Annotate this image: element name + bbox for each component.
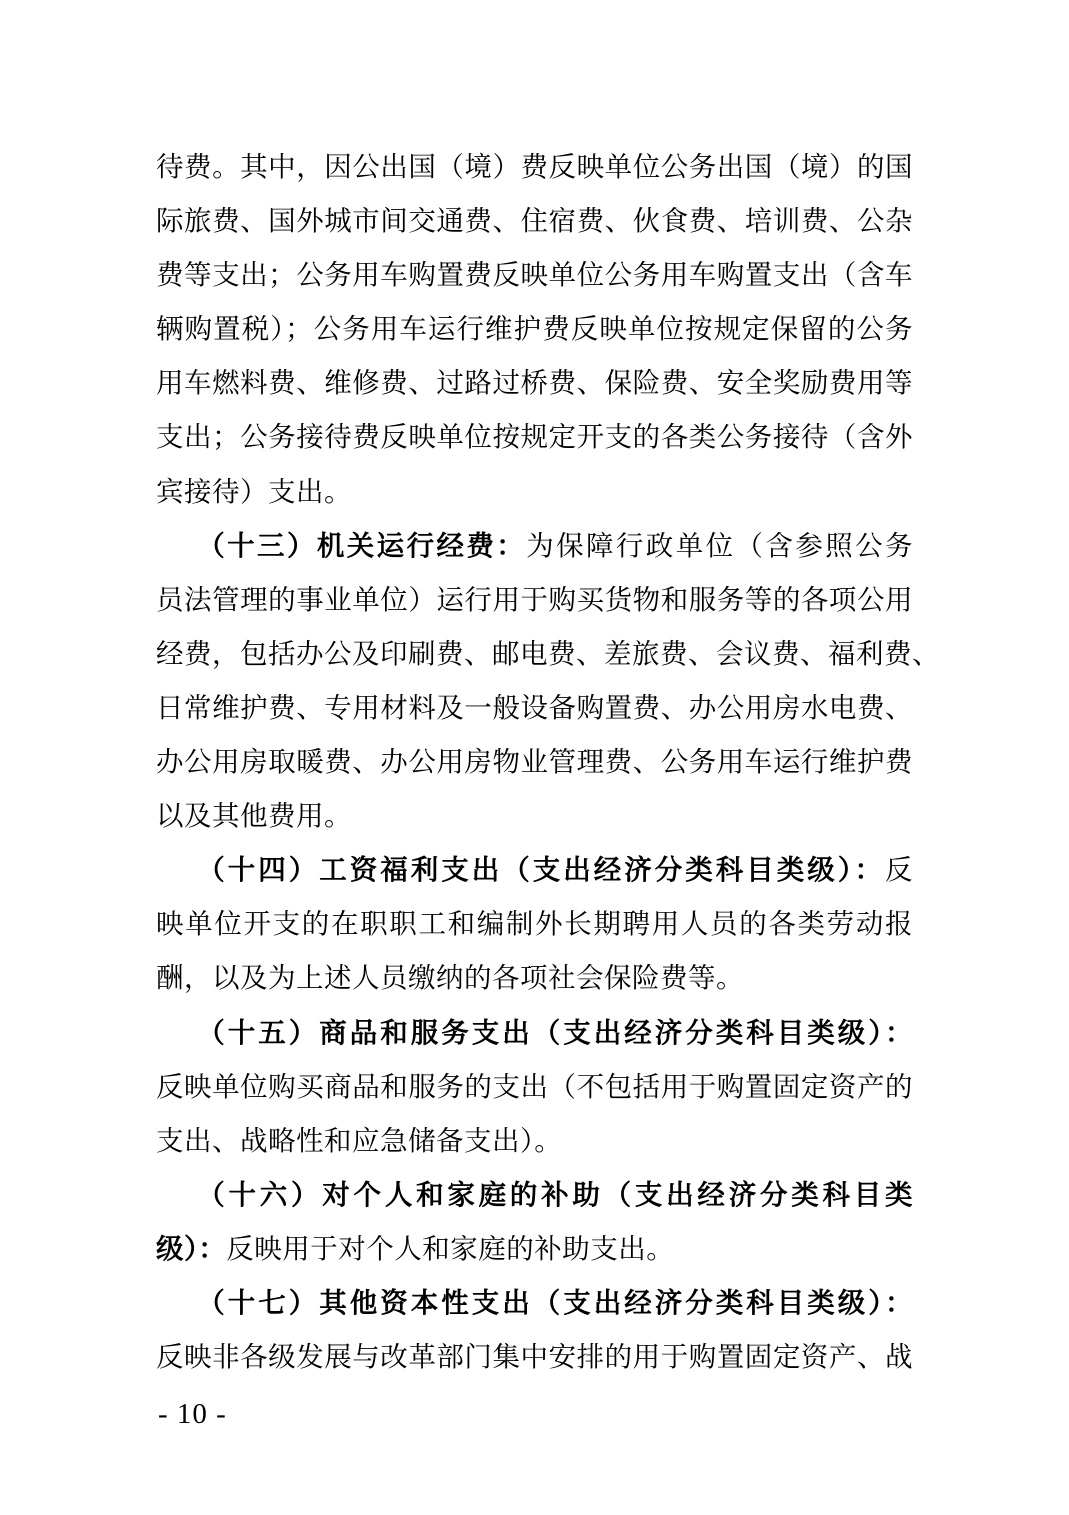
line-text: 支出；公务接待费反映单位按规定开支的各类公务接待（含外 [156,421,913,452]
text-line: 待费。其中，因公出国（境）费反映单位公务出国（境）的国 [156,140,913,194]
text-line: （十七）其他资本性支出（支出经济分类科目类级）： [156,1276,913,1330]
text-line: 经费，包括办公及印刷费、邮电费、差旅费、会议费、福利费、 [156,627,913,681]
section-heading: （十三）机关运行经费： [197,530,526,561]
line-text: 宾接待）支出。 [156,476,352,507]
line-text: 办公用房取暖费、办公用房物业管理费、公务用车运行维护费 [156,746,913,777]
text-line: 办公用房取暖费、办公用房物业管理费、公务用车运行维护费 [156,735,913,789]
line-text: 费等支出；公务用车购置费反映单位公务用车购置支出（含车 [156,259,913,290]
line-text: 为保障行政单位（含参照公务 [526,530,913,561]
text-line: 反映单位购买商品和服务的支出（不包括用于购置固定资产的 [156,1060,913,1114]
text-line: （十五）商品和服务支出（支出经济分类科目类级）： [156,1006,913,1060]
text-line: 以及其他费用。 [156,789,913,843]
text-line: （十三）机关运行经费：为保障行政单位（含参照公务 [156,519,913,573]
line-text: 反映单位购买商品和服务的支出（不包括用于购置固定资产的 [156,1071,913,1102]
section-heading: （十七）其他资本性支出（支出经济分类科目类级）： [197,1287,913,1318]
line-text: 日常维护费、专用材料及一般设备购置费、办公用房水电费、 [156,692,913,723]
text-line: （十四）工资福利支出（支出经济分类科目类级）：反 [156,843,913,897]
line-text: 反映用于对个人和家庭的补助支出。 [226,1233,674,1264]
line-text: 员法管理的事业单位）运行用于购买货物和服务等的各项公用 [156,584,913,615]
line-text: 反映非各级发展与改革部门集中安排的用于购置固定资产、战 [156,1341,913,1372]
text-line: 支出、战略性和应急储备支出）。 [156,1114,913,1168]
text-line: 反映非各级发展与改革部门集中安排的用于购置固定资产、战 [156,1330,913,1384]
line-text: 以及其他费用。 [156,800,352,831]
section-heading: （十四）工资福利支出（支出经济分类科目类级）： [197,854,885,885]
text-line: 支出；公务接待费反映单位按规定开支的各类公务接待（含外 [156,410,913,464]
text-line: 费等支出；公务用车购置费反映单位公务用车购置支出（含车 [156,248,913,302]
text-line: 际旅费、国外城市间交通费、住宿费、伙食费、培训费、公杂 [156,194,913,248]
text-line: 映单位开支的在职职工和编制外长期聘用人员的各类劳动报 [156,897,913,951]
line-text: 待费。其中，因公出国（境）费反映单位公务出国（境）的国 [156,151,913,182]
section-heading: 级）： [156,1233,226,1264]
text-line: 宾接待）支出。 [156,465,913,519]
document-body: 待费。其中，因公出国（境）费反映单位公务出国（境）的国 际旅费、国外城市间交通费… [156,140,913,1384]
text-line: 辆购置税）；公务用车运行维护费反映单位按规定保留的公务 [156,302,913,356]
section-heading: （十五）商品和服务支出（支出经济分类科目类级）： [197,1017,913,1048]
line-text: 辆购置税）；公务用车运行维护费反映单位按规定保留的公务 [156,313,913,344]
line-text: 反 [885,854,913,885]
line-text: 用车燃料费、维修费、过路过桥费、保险费、安全奖励费用等 [156,367,913,398]
document-page: 待费。其中，因公出国（境）费反映单位公务出国（境）的国 际旅费、国外城市间交通费… [0,0,1069,1515]
text-line: （十六）对个人和家庭的补助（支出经济分类科目类 [156,1168,913,1222]
line-text: 支出、战略性和应急储备支出）。 [156,1125,562,1156]
text-line: 员法管理的事业单位）运行用于购买货物和服务等的各项公用 [156,573,913,627]
line-text: 映单位开支的在职职工和编制外长期聘用人员的各类劳动报 [156,908,913,939]
page-number: - 10 - [158,1398,227,1431]
text-line: 用车燃料费、维修费、过路过桥费、保险费、安全奖励费用等 [156,356,913,410]
text-line: 酬，以及为上述人员缴纳的各项社会保险费等。 [156,951,913,1005]
section-heading: （十六）对个人和家庭的补助（支出经济分类科目类 [197,1179,913,1210]
line-text: 经费，包括办公及印刷费、邮电费、差旅费、会议费、福利费、 [156,638,940,669]
line-text: 酬，以及为上述人员缴纳的各项社会保险费等。 [156,962,744,993]
text-line: 级）：反映用于对个人和家庭的补助支出。 [156,1222,913,1276]
text-line: 日常维护费、专用材料及一般设备购置费、办公用房水电费、 [156,681,913,735]
line-text: 际旅费、国外城市间交通费、住宿费、伙食费、培训费、公杂 [156,205,913,236]
